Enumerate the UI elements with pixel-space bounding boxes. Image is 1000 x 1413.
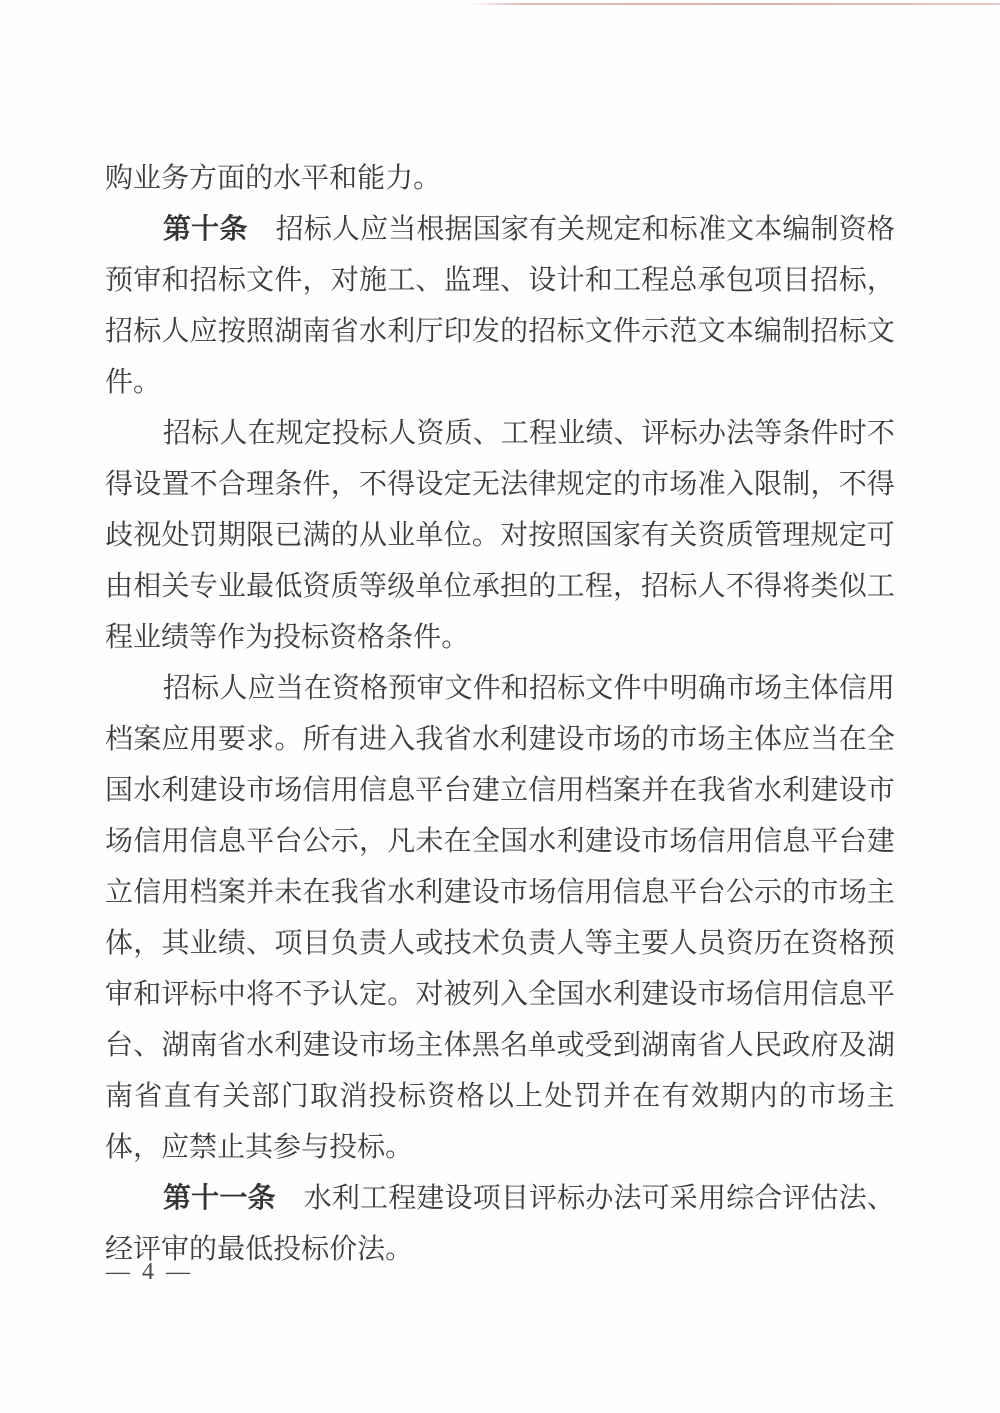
page-number: — 4 — — [106, 1259, 193, 1286]
text-line: 台、湖南省水利建设市场主体黑名单或受到湖南省人民政府及湖 — [105, 1017, 895, 1068]
text-line: 国水利建设市场信用信息平台建立信用档案并在我省水利建设市 — [105, 762, 895, 813]
text-line: 得设置不合理条件，不得设定无法律规定的市场准入限制，不得 — [105, 456, 895, 507]
text-line: 预审和招标文件，对施工、监理、设计和工程总承包项目招标， — [105, 252, 895, 303]
document-page: 购业务方面的水平和能力。第十条招标人应当根据国家有关规定和标准文本编制资格预审和… — [0, 0, 1000, 1413]
text-line: 程业绩等作为投标资格条件。 — [105, 609, 895, 660]
text-line: 档案应用要求。所有进入我省水利建设市场的市场主体应当在全 — [105, 711, 895, 762]
text-line: 立信用档案并未在我省水利建设市场信用信息平台公示的市场主 — [105, 864, 895, 915]
text-line: 第十条招标人应当根据国家有关规定和标准文本编制资格 — [105, 201, 895, 252]
text-line: 南省直有关部门取消投标资格以上处罚并在有效期内的市场主 — [105, 1068, 895, 1119]
text-line: 招标人应当在资格预审文件和招标文件中明确市场主体信用 — [105, 660, 895, 711]
scan-artifact-line — [468, 3, 1000, 5]
text-line: 体，应禁止其参与投标。 — [105, 1119, 895, 1170]
text-line: 第十一条水利工程建设项目评标办法可采用综合评估法、 — [105, 1170, 895, 1221]
page-number-label: — 4 — — [106, 1259, 193, 1285]
text-line: 招标人在规定投标人资质、工程业绩、评标办法等条件时不 — [105, 405, 895, 456]
text-line: 招标人应按照湖南省水利厅印发的招标文件示范文本编制招标文 — [105, 303, 895, 354]
text-line: 歧视处罚期限已满的从业单位。对按照国家有关资质管理规定可 — [105, 507, 895, 558]
text-line: 由相关专业最低资质等级单位承担的工程，招标人不得将类似工 — [105, 558, 895, 609]
document-body: 购业务方面的水平和能力。第十条招标人应当根据国家有关规定和标准文本编制资格预审和… — [105, 150, 895, 1272]
text-line: 购业务方面的水平和能力。 — [105, 150, 895, 201]
text-line: 件。 — [105, 354, 895, 405]
text-line: 体，其业绩、项目负责人或技术负责人等主要人员资历在资格预 — [105, 915, 895, 966]
text-line: 审和评标中将不予认定。对被列入全国水利建设市场信用信息平 — [105, 966, 895, 1017]
text-line: 经评审的最低投标价法。 — [105, 1221, 895, 1272]
text-line: 场信用信息平台公示，凡未在全国水利建设市场信用信息平台建 — [105, 813, 895, 864]
